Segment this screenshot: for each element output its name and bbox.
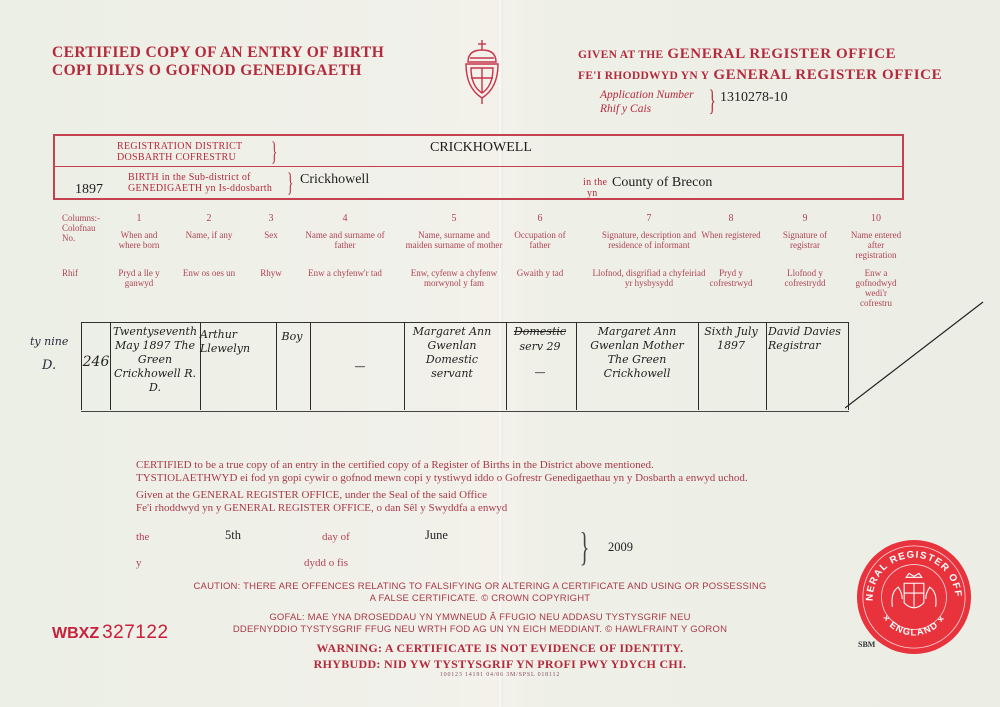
cancel-stroke [845,300,985,412]
entry-sex: Boy [278,330,306,344]
column-heading-cy: Rhif [62,268,106,278]
registration-district: CRICKHOWELL [430,140,532,156]
column-number: 8 [700,213,762,224]
subdistrict-label-en: BIRTH in the Sub-district of [128,172,272,183]
brace: } [580,527,590,567]
entry-when-where: Twentyseventh May 1897 The Green Crickho… [112,325,198,395]
column-heading-en: Name entered after registration [848,230,904,260]
caution-en-line1: CAUTION: THERE ARE OFFENCES RELATING TO … [100,581,860,593]
brace: } [287,170,293,196]
entry-mother: Margaret Ann Gwenlan Domestic servant [404,325,500,381]
district-label: REGISTRATION DISTRICT DOSBARTH COFRESTRU [117,141,242,163]
sbm-mark: SBM [858,640,875,649]
issue-month: June [425,528,448,543]
entry-name: Arthur Llewelyn [200,328,272,356]
column-rule [576,322,577,410]
the-label: the [136,531,149,543]
margin-note: ty nine [30,335,68,348]
column-heading-cy: Enw, cyfenw a chyfenw morwynol y fam [404,268,504,288]
column-heading-en: Occupation of father [508,230,572,250]
brace: } [709,84,716,118]
column-heading-en: When and where born [112,230,166,250]
entry-number: 246 [82,355,110,369]
county-label-cy: yn [587,188,607,199]
column-number: 10 [848,213,904,224]
column-heading-cy: Gwaith y tad [508,268,572,278]
column-heading-cy: Enw a chyfenw'r tad [298,268,392,278]
entry-father-occupation: — [508,366,572,380]
certification-en: CERTIFIED to be a true copy of an entry … [136,459,748,472]
birth-certificate: CERTIFIED COPY OF AN ENTRY OF BIRTH COPI… [0,0,1000,707]
county: County of Brecon [612,175,712,191]
column-heading-en: When registered [700,230,762,240]
print-code: 100123 14191 04/06 3M/SPSL 018112 [0,672,1000,678]
column-number: 1 [112,213,166,224]
application-number: 1310278-10 [720,90,788,106]
caution-cy-line2: DDEFNYDDIO TYSTYSGRIF FFUG NEU WRTH FOD … [100,624,860,636]
entry-informant: Margaret Ann Gwenlan Mother The Green Cr… [578,325,696,381]
column-heading-en: Name, surname and maiden surname of moth… [404,230,504,250]
issuing-office: GIVEN AT THE GENERAL REGISTER OFFICE FE'… [578,44,942,86]
column-heading-en: Name, if any [178,230,240,240]
title-welsh: COPI DILYS O GOFNOD GENEDIGAETH [52,62,384,80]
column-number: 5 [404,213,504,224]
column-number: 6 [508,213,572,224]
given-statement: Given at the GENERAL REGISTER OFFICE, un… [136,489,507,515]
margin-note: D. [42,358,56,373]
issue-day: 5th [225,528,241,543]
y-label: y [136,557,142,569]
column-heading-cy: Llofnod, disgrifiad a chyfeiriad yr hysb… [590,268,708,288]
application-label-cy: Rhif y Cais [600,102,694,116]
entry-registrar: David Davies Registrar [768,325,844,353]
caution-en-line2: A FALSE CERTIFICATE. © CROWN COPYRIGHT [100,593,860,605]
column-heading-en: Signature, description and residence of … [590,230,708,250]
column-rule [766,322,767,410]
column-heading-en: Name and surname of father [298,230,392,250]
subdistrict: Crickhowell [300,172,369,188]
title-english: CERTIFIED COPY OF AN ENTRY OF BIRTH [52,44,384,62]
registration-year: 1897 [75,182,103,198]
column-number: 9 [768,213,842,224]
column-rule [698,322,699,410]
issue-year: 2009 [608,540,633,555]
office-name-cy: GENERAL REGISTER OFFICE [713,67,942,83]
column-number: 3 [258,213,284,224]
district-label-en: REGISTRATION DISTRICT [117,141,242,152]
county-label: in the yn [583,177,607,199]
entry-father: — [318,360,402,374]
column-heading-en: Sex [258,230,284,240]
district-label-cy: DOSBARTH COFRESTRU [117,152,242,163]
brace: } [271,139,277,165]
column-number: 7 [590,213,708,224]
entry-father-occupation-note: serv 29 [508,340,572,354]
column-heading-cy: Pryd y cofrestrwyd [700,268,762,288]
column-heading-en: Signature of registrar [768,230,842,250]
column-number: 4 [298,213,392,224]
certification-cy: TYSTIOLAETHWYD ei fod yn gopi cywir o go… [136,472,748,485]
warning-cy: RHYBUDD: NID YW TYSTYSGRIF YN PROFI PWY … [0,656,1000,672]
column-heading-cy: Pryd a lle y ganwyd [112,268,166,288]
day-of-label: day of [322,531,350,543]
certificate-title: CERTIFIED COPY OF AN ENTRY OF BIRTH COPI… [52,44,384,80]
subdistrict-label-cy: GENEDIGAETH yn Is-ddosbarth [128,183,272,194]
column-number: 2 [178,213,240,224]
column-heading-cy: Enw os oes un [178,268,240,278]
given-prefix-en: GIVEN AT THE [578,49,663,61]
caution-cy: GOFAL: MAE YNA DROSEDDAU YN YMWNEUD Â FF… [100,612,860,636]
royal-coat-of-arms-icon: GENERAL REGISTER OFFICE × ENGLAND × [855,538,973,656]
column-rule [276,322,277,410]
county-label-en: in the [583,177,607,188]
office-name-en: GENERAL REGISTER OFFICE [667,46,896,62]
given-prefix-cy: FE'I RHODDWYD YN Y [578,70,709,82]
caution-en: CAUTION: THERE ARE OFFENCES RELATING TO … [100,581,860,605]
divider [55,166,902,167]
day-of-label-cy: dydd o fis [304,557,348,569]
certification-statement: CERTIFIED to be a true copy of an entry … [136,459,748,485]
column-heading-cy: Llofnod y cofrestrydd [768,268,842,288]
column-rule [310,322,311,410]
given-en: Given at the GENERAL REGISTER OFFICE, un… [136,489,507,502]
entry-when-registered: Sixth July 1897 [700,325,762,353]
royal-crest-icon [458,38,506,106]
entry-father-occupation-struck: Domestic [508,325,572,339]
column-heading-cy: Rhyw [258,268,284,278]
application-number-label: Application Number Rhif y Cais [600,88,694,116]
caution-cy-line1: GOFAL: MAE YNA DROSEDDAU YN YMWNEUD Â FF… [100,612,860,624]
given-cy: Fe'i rhoddwyd yn y GENERAL REGISTER OFFI… [136,502,507,515]
application-label-en: Application Number [600,88,694,102]
column-heading-en: Columns:- Colofnau No. [62,213,106,243]
warning-en: WARNING: A CERTIFICATE IS NOT EVIDENCE O… [0,640,1000,656]
identity-warning: WARNING: A CERTIFICATE IS NOT EVIDENCE O… [0,640,1000,672]
column-rule [110,322,111,410]
subdistrict-label: BIRTH in the Sub-district of GENEDIGAETH… [128,172,272,194]
column-rule [506,322,507,410]
